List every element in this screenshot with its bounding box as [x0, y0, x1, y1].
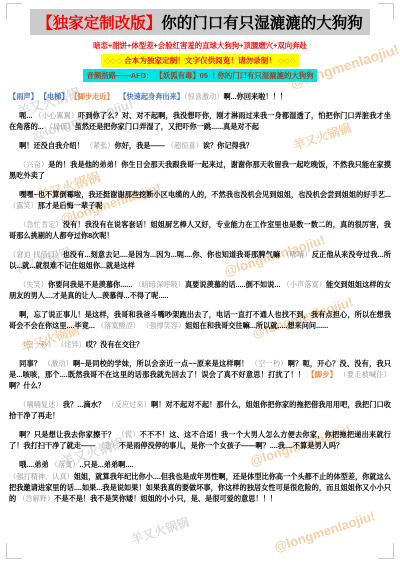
stage-direction-note: （急解释） [18, 494, 54, 503]
script-paragraph: 【雨声】 【电梯】 【脚步走近】 【快速起身奔出来】（惊喜激动）啊...你回来啦… [9, 91, 391, 102]
stage-direction-note: （反应过来） [107, 400, 151, 409]
script-paragraph: （喃喃复述）我？...滴水？ （反应过来）啊！对不起对不起！那什么，姐姐你把你家… [9, 399, 391, 421]
stage-direction-note: （要走被喊住） [339, 370, 391, 379]
notice-body: 合本为独家定制！文字仅供阅览！请勿录制！ [122, 56, 278, 65]
audio-guide-line: 音频指路——AFD： 【妖狐有毒】05 丨你的门口有只湿漉漉的大狗狗 [0, 69, 400, 82]
script-paragraph: 嘿嘿~也不算倒霉啦，我还挺谢谢那些挖断小区电缆的人的，不然我也没机会见到姐姐，也… [9, 189, 391, 211]
dialogue-text: 啊？什么？ [9, 381, 45, 390]
script-paragraph: 同事？ （激动）啊~是同校的学妹，所以会亲近一点~~原来是这样啊！ （空一秒）啊… [9, 358, 391, 391]
script-body: 【雨声】 【电梯】 【脚步走近】 【快速起身奔出来】（惊喜激动）啊...你回来啦… [9, 91, 391, 504]
stage-direction-note: （空一秒） [251, 359, 288, 368]
dialogue-text: 啊...你回来啦！！！ [223, 92, 287, 101]
page-margin-mark [378, 543, 394, 559]
dialogue-text: 是的！我是他的弟弟！你生日会那天我跟我哥一起来过，谢谢你那天收留我一起吃晚饭，不… [9, 160, 391, 180]
diamond-decoration: ◇◇◇ [278, 56, 296, 65]
stage-direction-note: （紧张） [86, 141, 115, 150]
dialogue-text: 哦....弟弟 [19, 460, 51, 469]
sfx-tag: 【快速起身奔出来】 [119, 92, 184, 101]
dialogue-text: 那才是后悔一辈子呢 [38, 201, 103, 210]
dialogue-text: 真要说羡慕的话.....倒不如说... [185, 280, 283, 289]
stage-direction-note: （喃喃复述） [19, 400, 63, 409]
stage-direction-note: （暗暗深呼吸） [134, 280, 185, 289]
stage-direction-note: （激动） [43, 359, 73, 368]
script-paragraph: （失笑）你要问我是不是羡慕你...... （暗暗深呼吸）真要说羡慕的话.....… [9, 279, 391, 301]
dialogue-text: 不是不是！我不是笑你矮！姐姐的小小只，是、是很可爱的意思！！！ [54, 494, 277, 503]
watermark-text: @longmenlaojiu! [272, 508, 377, 555]
sfx-tag: 【雨声】 [9, 92, 38, 101]
dialogue-text: 也没有...刻意去记....是因为...因为...呃....你、你也知道我哥那脾… [62, 250, 282, 259]
diamond-decoration: ◇◇◇ [104, 56, 122, 65]
dialogue-text [110, 92, 119, 101]
sfx-tag: 【电梯】 [40, 92, 69, 101]
stage-direction-note: （空一秒） [19, 340, 55, 349]
stage-direction-note: （兴奋） [19, 160, 48, 169]
script-paragraph: 啊！还没自我介绍！ （紧张）你好，我是—— （超惊喜）诶？你记得我？ [9, 140, 391, 151]
watermark-text: 羊又火锅锅 [129, 513, 191, 548]
dialogue-text: 呃... [19, 111, 34, 120]
dialogue-text: 你好，我是—— [115, 141, 167, 150]
document-header: 【独家定制改版】你的门口有只湿漉漉的大狗狗 暗恋+甜饼+体型差+会脸红害羞的直球… [0, 0, 400, 82]
dialogue-text: 诶？你记得我？ [203, 141, 253, 150]
page-margin-mark [6, 543, 22, 559]
stage-direction-note: （窘迫 找借口） [9, 250, 62, 259]
script-paragraph: （窘迫 找借口）也没有...刻意去记....是因为...因为...呃....你、… [9, 249, 391, 271]
dialogue-text: 不是雨停没停的事儿，是你一个女孩子——啊？....我....不算是男人吗？ [119, 441, 343, 450]
dialogue-text: 没有！我没有在说客套话！姐姐厨艺棒人又好，专业能力在工作室里也是数一数二的，真的… [9, 220, 391, 240]
dialogue-text: 嘿嘿~也不算倒霉啦，我还挺谢谢那些挖断小区电缆的人的，不然我也没机会见到姐姐，也… [19, 190, 391, 199]
stage-direction-note: （超惊喜） [167, 141, 203, 150]
stage-direction-note: （慌） [117, 430, 139, 439]
dialogue-text: 同事？ [19, 359, 43, 368]
title-text: 你的门口有只湿漉漉的大狗狗 [161, 15, 363, 32]
sfx-tag: 【脚步】 [307, 370, 337, 379]
page-title: 【独家定制改版】你的门口有只湿漉漉的大狗狗 [30, 9, 370, 35]
sfx-tag: 【脚步走近】 [71, 92, 111, 101]
script-paragraph: （空一秒） （诧异）哎？没有在交往？ [9, 339, 391, 350]
copyright-notice-text: ◇◇◇ 合本为独家定制！文字仅供阅览！请勿录制！ ◇◇◇ [101, 54, 298, 67]
dialogue-text: 啊！还没自我介绍！ [19, 141, 86, 150]
document-page: 羊又火锅锅@longmenlaojiu!@longmenlaojiu!羊又火锅锅… [0, 0, 400, 563]
stage-direction-note: （嘟囔） [282, 250, 311, 259]
stage-direction-note: （露笑） [9, 201, 38, 210]
tags-subtitle: 暗恋+甜饼+体型差+会脸红害羞的直球大狗狗+顶腰磨穴+双向奔赴 [0, 40, 400, 51]
script-paragraph: （强打精神、认真）姐姐，就算我年纪比你小....但我也是成年男性啊，还是体型比你… [9, 471, 391, 504]
dialogue-text: 啊？只是想让我去你家擦干？ [19, 430, 117, 439]
title-tag: 【独家定制改版】 [37, 15, 161, 32]
stage-direction-note: （强撑笑容） [142, 321, 185, 330]
script-paragraph: （兴奋）是的！我是他的弟弟！你生日会那天我跟我哥一起来过，谢谢你那天收留我一起吃… [9, 159, 391, 181]
stage-direction-note: （小心翼翼） [34, 111, 78, 120]
stage-direction-note: （强打精神、认真） [9, 472, 74, 481]
stage-direction-note: （小声落寞） [283, 280, 326, 289]
copyright-notice: ◇◇◇ 合本为独家定制！文字仅供阅览！请勿录制！ ◇◇◇ [0, 54, 400, 67]
audio-guide-text: 音频指路——AFD： 【妖狐有毒】05 丨你的门口有只湿漉漉的大狗狗 [83, 69, 316, 82]
script-paragraph: 哦....弟弟 （落寞）..只是...弟弟啊.... [9, 459, 391, 470]
dialogue-text: 虽然还是把你家门口弄湿了，又把吓你一跳......真是对不起 [75, 122, 259, 131]
script-paragraph: 啊？只是想让我去你家擦干？ （慌）不不不！这、这不合适！我一个大男人怎么方便去你… [9, 429, 391, 451]
stage-direction-note: （急忙肯定） [19, 220, 63, 229]
stage-direction-note: （落寞酸涩） [97, 321, 140, 330]
dialogue-text: 你要问我是不是羡慕你...... [48, 280, 134, 289]
dialogue-text: 啊~是同校的学妹，所以会亲近一点~~原来是这样啊！ [73, 359, 251, 368]
stage-direction-note: （局促） [46, 122, 75, 131]
script-paragraph: （急忙肯定）没有！我没有在说客套话！姐姐厨艺棒人又好，专业能力在工作室里也是数一… [9, 219, 391, 241]
dialogue-text: 哎？没有在交往？ [86, 340, 144, 349]
stage-direction-note: （诧异） [57, 340, 86, 349]
stage-direction-note: （失笑） [19, 280, 48, 289]
dialogue-text: 姐姐在和我哥交往嘛...所以就.....想来问问...... [185, 321, 328, 330]
stage-direction-note: （惊喜激动） [184, 92, 224, 101]
script-paragraph: 啊，忘了说正事儿！是这样，我哥和我爸斗嘴吵架跑出去了，电话一直打不通人也找不到，… [9, 309, 391, 331]
stage-direction-note: （落寞） [51, 460, 80, 469]
stage-direction-note: （急） [97, 441, 119, 450]
script-paragraph: 呃... （小心翼翼）吓到你了么？对、对不起啊，我没想吓你，刚才淋雨过来我一身都… [9, 110, 391, 132]
dialogue-text: ..只是...弟弟啊.... [79, 460, 133, 469]
dialogue-text: 我？...滴水？ [63, 400, 108, 409]
